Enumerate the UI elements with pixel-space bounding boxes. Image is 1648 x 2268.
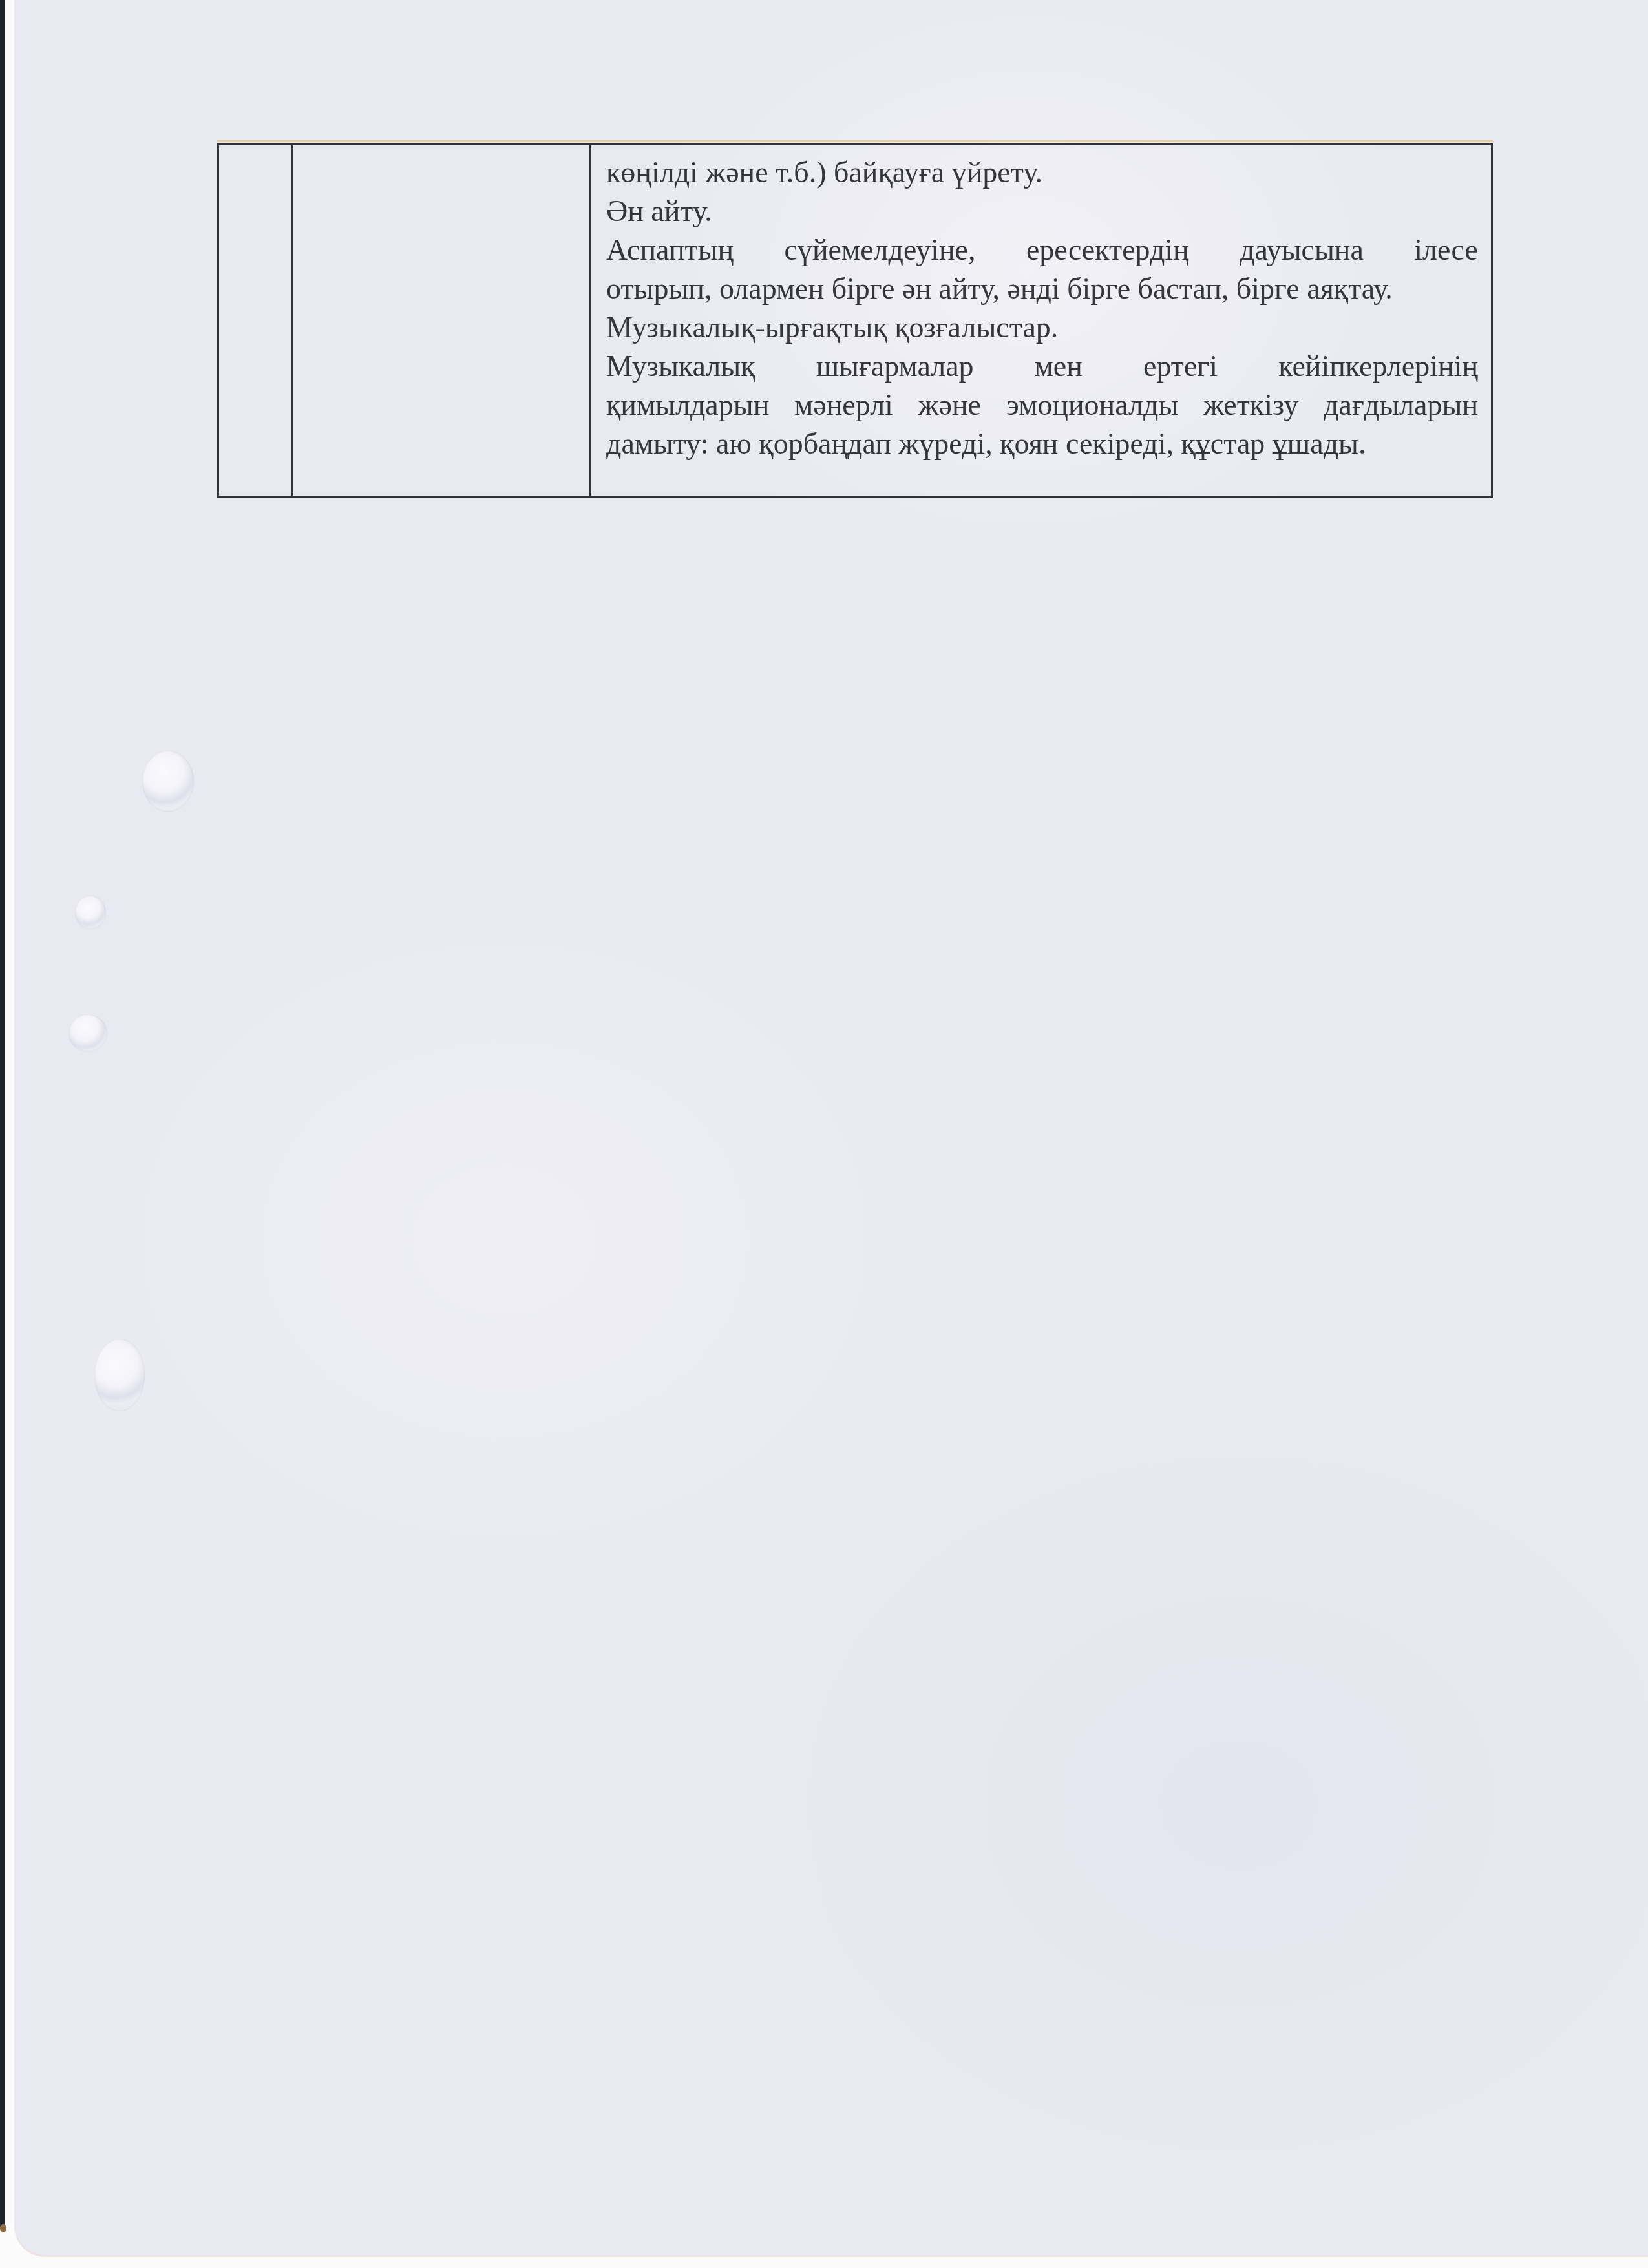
table-cell-empty-2: [292, 145, 591, 497]
content-table: көңілді және т.б.) байқауға үйрету. Ән а…: [217, 143, 1493, 498]
droplet-mark: [94, 1339, 145, 1411]
text-line: қимылдарын мәнерлі және эмоционалды жетк…: [606, 386, 1478, 425]
text-line: Аспаптың сүйемелдеуіне, ересектердің дау…: [606, 231, 1478, 269]
droplet-mark: [142, 751, 194, 812]
table-cell-text: көңілді және т.б.) байқауға үйрету. Ән а…: [591, 145, 1492, 497]
text-line: отырып, олармен бірге ән айту, әнді бірг…: [606, 269, 1478, 308]
text-line: дамыту: аю қорбаңдап жүреді, қоян секіре…: [606, 425, 1478, 463]
text-line: көңілді және т.б.) байқауға үйрету.: [606, 153, 1478, 192]
scan-artifact-line: [217, 140, 1493, 142]
table-cell-empty-1: [218, 145, 292, 497]
table-row: көңілді және т.б.) байқауға үйрету. Ән а…: [218, 145, 1492, 497]
scan-speck: [0, 2224, 6, 2232]
text-line: Ән айту.: [606, 192, 1478, 231]
text-line: Музыкалық шығармалар мен ертегі кейіпкер…: [606, 347, 1478, 386]
scanner-edge-shadow: [0, 0, 5, 2227]
droplet-mark: [75, 896, 106, 929]
droplet-mark: [69, 1014, 107, 1052]
text-line: Музыкалық-ырғақтық қозғалыстар.: [606, 308, 1478, 347]
